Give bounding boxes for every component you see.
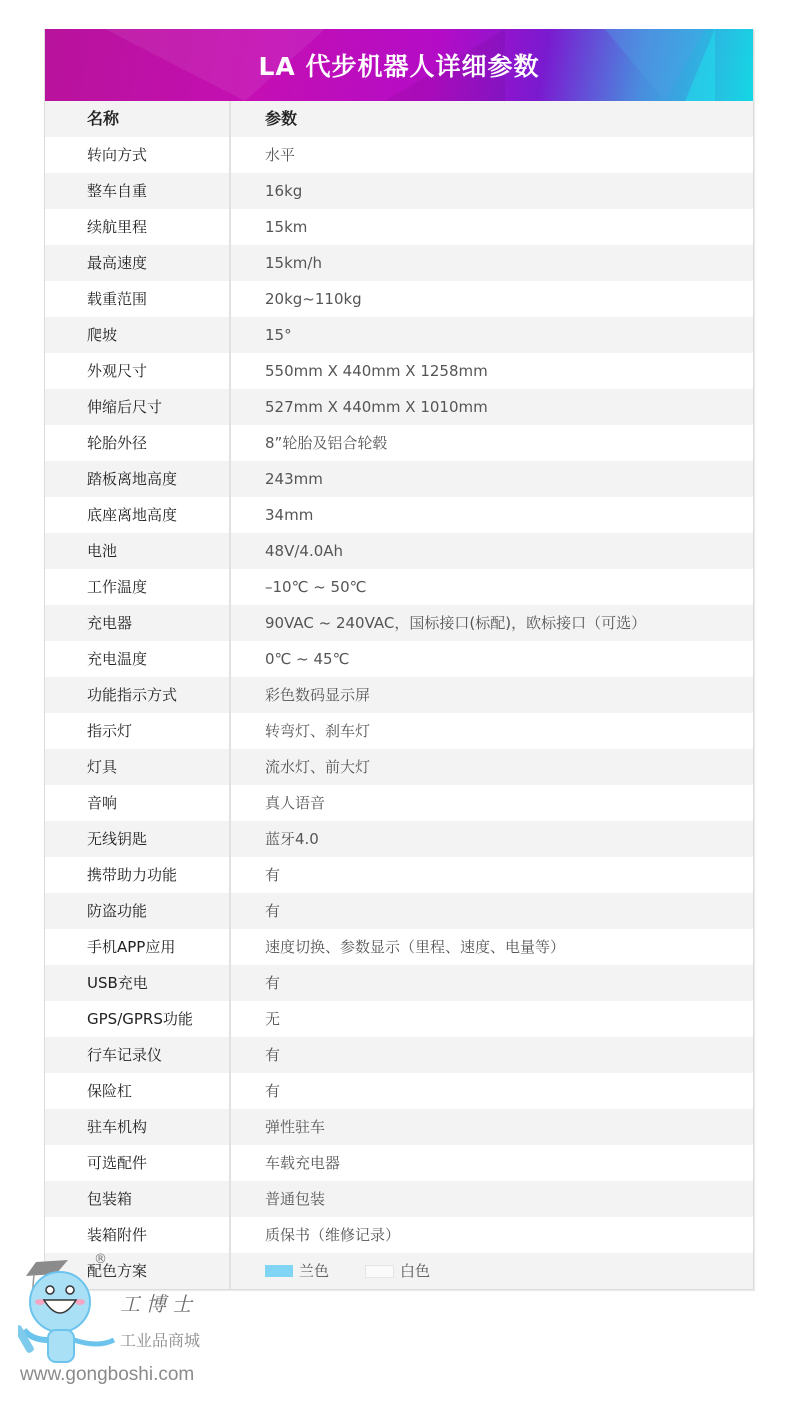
color-option-white: 白色 xyxy=(365,1253,430,1289)
row-name: 指示灯 xyxy=(45,713,231,749)
row-value: 15km xyxy=(231,209,307,245)
table-row: 爬坡15° xyxy=(45,317,753,353)
row-name: 驻车机构 xyxy=(45,1109,231,1145)
row-value: 527mm X 440mm X 1010mm xyxy=(231,389,488,425)
row-name: 充电器 xyxy=(45,605,231,641)
table-row: 充电温度0℃ ~ 45℃ xyxy=(45,641,753,677)
row-name: 轮胎外径 xyxy=(45,425,231,461)
row-value: 8”轮胎及铝合轮毂 xyxy=(231,425,387,461)
row-value: 质保书（维修记录） xyxy=(231,1217,400,1253)
row-value: 16kg xyxy=(231,173,302,209)
row-name: 爬坡 xyxy=(45,317,231,353)
row-name: 最高速度 xyxy=(45,245,231,281)
row-value: 流水灯、前大灯 xyxy=(231,749,370,785)
row-name: 音响 xyxy=(45,785,231,821)
table-row: 装箱附件质保书（维修记录） xyxy=(45,1217,753,1253)
brand-subtitle: 工业品商城 xyxy=(120,1328,200,1351)
row-name: 转向方式 xyxy=(45,137,231,173)
row-name: 续航里程 xyxy=(45,209,231,245)
color-option-blue: 兰色 xyxy=(265,1253,329,1289)
row-name: 整车自重 xyxy=(45,173,231,209)
row-name: 外观尺寸 xyxy=(45,353,231,389)
row-value: 真人语音 xyxy=(231,785,325,821)
table-row: 灯具流水灯、前大灯 xyxy=(45,749,753,785)
row-name: 充电温度 xyxy=(45,641,231,677)
row-name: 防盗功能 xyxy=(45,893,231,929)
color-label: 兰色 xyxy=(299,1253,329,1289)
spec-sheet: LA 代步机器人详细参数 名称 参数 转向方式水平 整车自重16kg 续航里程1… xyxy=(44,29,754,1290)
row-value: 有 xyxy=(231,857,280,893)
row-name: 装箱附件 xyxy=(45,1217,231,1253)
table-row: 指示灯转弯灯、刹车灯 xyxy=(45,713,753,749)
row-name: 工作温度 xyxy=(45,569,231,605)
row-value: 20kg~110kg xyxy=(231,281,362,317)
white-swatch-icon xyxy=(365,1265,394,1278)
row-value: 90VAC ~ 240VAC，国标接口(标配)，欧标接口（可选） xyxy=(231,605,646,641)
row-value: 550mm X 440mm X 1258mm xyxy=(231,353,488,389)
row-name: GPS/GPRS功能 xyxy=(45,1001,231,1037)
row-name: 底座离地高度 xyxy=(45,497,231,533)
row-value: 34mm xyxy=(231,497,313,533)
table-row: 转向方式水平 xyxy=(45,137,753,173)
registered-mark: ® xyxy=(94,1252,107,1267)
brand-url: www.gongboshi.com xyxy=(20,1364,194,1386)
table-row: 防盗功能有 xyxy=(45,893,753,929)
table-row: 保险杠有 xyxy=(45,1073,753,1109)
row-value: 有 xyxy=(231,893,280,929)
table-row: 携带助力功能有 xyxy=(45,857,753,893)
table-row: 外观尺寸550mm X 440mm X 1258mm xyxy=(45,353,753,389)
table-row: 无线钥匙蓝牙4.0 xyxy=(45,821,753,857)
row-name: 包装箱 xyxy=(45,1181,231,1217)
row-value: 有 xyxy=(231,1037,280,1073)
row-value: 有 xyxy=(231,965,280,1001)
row-name: 行车记录仪 xyxy=(45,1037,231,1073)
row-name: 可选配件 xyxy=(45,1145,231,1181)
table-row: 伸缩后尺寸527mm X 440mm X 1010mm xyxy=(45,389,753,425)
mascot-icon xyxy=(18,1260,118,1372)
row-value: 15° xyxy=(231,317,292,353)
row-name: 功能指示方式 xyxy=(45,677,231,713)
row-value: 无 xyxy=(231,1001,280,1037)
page-title: LA 代步机器人详细参数 xyxy=(45,47,753,83)
row-name: 保险杠 xyxy=(45,1073,231,1109)
brand-name: 工博士 xyxy=(120,1288,198,1317)
table-row: 整车自重16kg xyxy=(45,173,753,209)
row-value: 兰色 白色 xyxy=(231,1253,466,1289)
row-name: 手机APP应用 xyxy=(45,929,231,965)
title-banner: LA 代步机器人详细参数 xyxy=(45,29,753,101)
header-value: 参数 xyxy=(231,101,297,137)
row-name: 伸缩后尺寸 xyxy=(45,389,231,425)
row-value: 彩色数码显示屏 xyxy=(231,677,370,713)
row-value: 蓝牙4.0 xyxy=(231,821,319,857)
table-row: 轮胎外径8”轮胎及铝合轮毂 xyxy=(45,425,753,461)
table-row: 载重范围20kg~110kg xyxy=(45,281,753,317)
table-row: GPS/GPRS功能无 xyxy=(45,1001,753,1037)
row-value: 有 xyxy=(231,1073,280,1109)
row-name: 灯具 xyxy=(45,749,231,785)
table-row: 功能指示方式彩色数码显示屏 xyxy=(45,677,753,713)
table-row: 底座离地高度34mm xyxy=(45,497,753,533)
row-value: 速度切换、参数显示（里程、速度、电量等） xyxy=(231,929,565,965)
table-row: 手机APP应用速度切换、参数显示（里程、速度、电量等） xyxy=(45,929,753,965)
row-name: 载重范围 xyxy=(45,281,231,317)
table-row: 可选配件车载充电器 xyxy=(45,1145,753,1181)
table-row: 工作温度–10℃ ~ 50℃ xyxy=(45,569,753,605)
table-row: 包装箱普通包装 xyxy=(45,1181,753,1217)
table-row: USB充电有 xyxy=(45,965,753,1001)
row-name: USB充电 xyxy=(45,965,231,1001)
row-value: 弹性驻车 xyxy=(231,1109,325,1145)
row-value: –10℃ ~ 50℃ xyxy=(231,569,366,605)
watermark-logo: ® 工博士 工业品商城 www.gongboshi.com xyxy=(8,1250,238,1400)
table-row: 驻车机构弹性驻车 xyxy=(45,1109,753,1145)
spec-table: 名称 参数 转向方式水平 整车自重16kg 续航里程15km 最高速度15km/… xyxy=(45,101,753,1289)
table-row: 最高速度15km/h xyxy=(45,245,753,281)
row-value: 普通包装 xyxy=(231,1181,325,1217)
table-header: 名称 参数 xyxy=(45,101,753,137)
row-value: 15km/h xyxy=(231,245,322,281)
row-name: 无线钥匙 xyxy=(45,821,231,857)
row-value: 水平 xyxy=(231,137,295,173)
row-value: 0℃ ~ 45℃ xyxy=(231,641,349,677)
row-value: 243mm xyxy=(231,461,323,497)
row-name: 携带助力功能 xyxy=(45,857,231,893)
table-row: 电池48V/4.0Ah xyxy=(45,533,753,569)
table-row: 行车记录仪有 xyxy=(45,1037,753,1073)
blue-swatch-icon xyxy=(265,1265,293,1277)
row-name: 踏板离地高度 xyxy=(45,461,231,497)
row-value: 转弯灯、刹车灯 xyxy=(231,713,370,749)
color-label: 白色 xyxy=(400,1253,430,1289)
table-row: 充电器90VAC ~ 240VAC，国标接口(标配)，欧标接口（可选） xyxy=(45,605,753,641)
row-name: 电池 xyxy=(45,533,231,569)
table-row: 踏板离地高度243mm xyxy=(45,461,753,497)
table-row: 音响真人语音 xyxy=(45,785,753,821)
row-value: 48V/4.0Ah xyxy=(231,533,343,569)
row-value: 车载充电器 xyxy=(231,1145,340,1181)
table-row: 续航里程15km xyxy=(45,209,753,245)
header-name: 名称 xyxy=(45,101,231,137)
